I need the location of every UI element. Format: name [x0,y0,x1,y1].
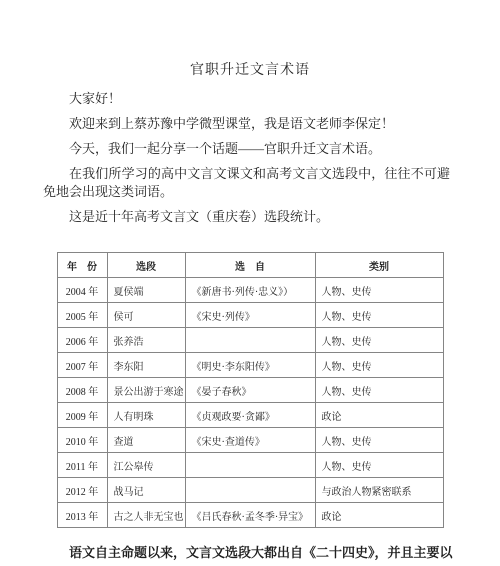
category-cell: 人物、史传 [315,303,443,328]
year-cell: 2012 年 [57,478,107,503]
col-header-year: 年 份 [57,253,107,278]
year-cell: 2009 年 [57,403,107,428]
topic-paragraph: 今天，我们一起分享一个话题——官职升迁文言术语。 [43,140,450,158]
source-cell [185,478,315,503]
stats-intro-paragraph: 这是近十年高考文言文（重庆卷）选段统计。 [43,208,450,226]
col-header-category: 类别 [315,253,443,278]
table-row: 2008 年 景公出游于寒途 《晏子春秋》 人物、史传 [57,378,443,403]
year-cell: 2007 年 [57,353,107,378]
selection-cell: 夏侯端 [107,278,185,303]
selection-cell: 战马记 [107,478,185,503]
year-cell: 2005 年 [57,303,107,328]
category-cell: 人物、史传 [315,378,443,403]
year-cell: 2013 年 [57,503,107,528]
welcome-paragraph: 欢迎来到上蔡苏豫中学微型课堂，我是语文老师李保定！ [43,115,450,133]
source-cell: 《贞观政要·贪鄙》 [185,403,315,428]
year-cell: 2010 年 [57,428,107,453]
category-cell: 与政治人物紧密联系 [315,478,443,503]
document-page: 官职升迁文言术语 大家好！ 欢迎来到上蔡苏豫中学微型课堂，我是语文老师李保定！ … [0,0,500,566]
source-cell [185,328,315,353]
selection-cell: 江公皋传 [107,453,185,478]
selection-cell: 查道 [107,428,185,453]
category-cell: 人物、史传 [315,328,443,353]
table-row: 2010 年 查道 《宋史·查道传》 人物、史传 [57,428,443,453]
selection-cell: 景公出游于寒途 [107,378,185,403]
source-cell: 《新唐书·列传·忠义》） [185,278,315,303]
year-cell: 2008 年 [57,378,107,403]
closing-paragraph: 语文自主命题以来，文言文选段大都出自《二十四史》，并且主要以 [43,544,470,562]
col-header-selection: 选段 [107,253,185,278]
selection-cell: 古之人非无宝也 [107,503,185,528]
table-row: 2009 年 人有明珠 《贞观政要·贪鄙》 政论 [57,403,443,428]
page-title: 官职升迁文言术语 [0,62,500,80]
source-cell: 《宋史·列传》 [185,303,315,328]
table-row: 2013 年 古之人非无宝也 《吕氏春秋·孟冬季·异宝》 政论 [57,503,443,528]
category-cell: 人物、史传 [315,453,443,478]
category-cell: 人物、史传 [315,353,443,378]
table-row: 2005 年 侯可 《宋史·列传》 人物、史传 [57,303,443,328]
category-cell: 政论 [315,403,443,428]
exam-selection-table: 年 份 选段 选 自 类别 2004 年 夏侯端 《新唐书·列传·忠义》） 人物… [57,252,444,528]
year-cell: 2011 年 [57,453,107,478]
category-cell: 政论 [315,503,443,528]
table-row: 2011 年 江公皋传 人物、史传 [57,453,443,478]
table-row: 2012 年 战马记 与政治人物紧密联系 [57,478,443,503]
year-cell: 2006 年 [57,328,107,353]
source-cell: 《晏子春秋》 [185,378,315,403]
selection-cell: 张养浩 [107,328,185,353]
table-row: 2004 年 夏侯端 《新唐书·列传·忠义》） 人物、史传 [57,278,443,303]
selection-cell: 李东阳 [107,353,185,378]
table-row: 2006 年 张养浩 人物、史传 [57,328,443,353]
category-cell: 人物、史传 [315,428,443,453]
col-header-source: 选 自 [185,253,315,278]
greeting-paragraph: 大家好！ [43,90,450,108]
context-paragraph: 在我们所学习的高中文言文课文和高考文言文选段中，往往不可避免地会出现这类词语。 [43,165,450,201]
source-cell: 《吕氏春秋·孟冬季·异宝》 [185,503,315,528]
selection-cell: 人有明珠 [107,403,185,428]
category-cell: 人物、史传 [315,278,443,303]
source-cell: 《宋史·查道传》 [185,428,315,453]
table-header-row: 年 份 选段 选 自 类别 [57,253,443,278]
table-row: 2007 年 李东阳 《明史·李东阳传》 人物、史传 [57,353,443,378]
year-cell: 2004 年 [57,278,107,303]
source-cell: 《明史·李东阳传》 [185,353,315,378]
source-cell [185,453,315,478]
selection-cell: 侯可 [107,303,185,328]
